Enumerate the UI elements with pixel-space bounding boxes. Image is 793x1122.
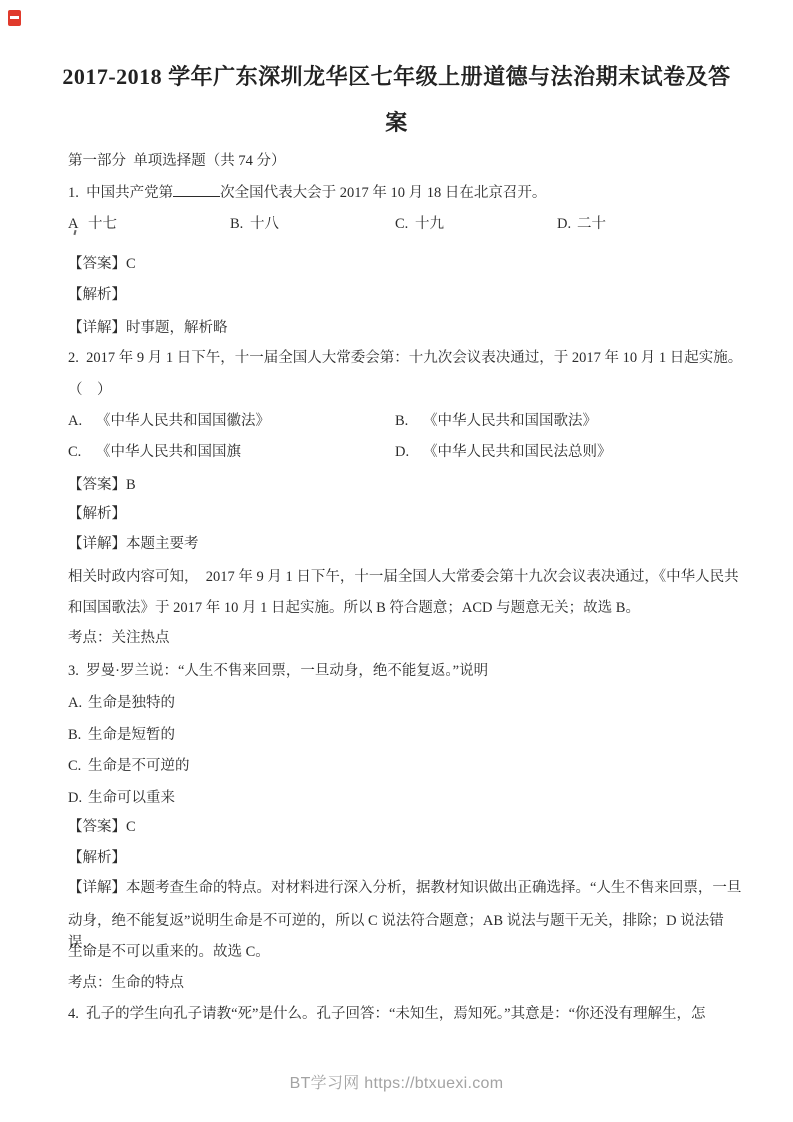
answer-label: 【答案】	[68, 819, 126, 835]
q1-stem-suffix: 次全国代表大会于 2017 年 10 月 18 日在北京召开。	[220, 185, 546, 201]
q3-stem: 3. 罗曼·罗兰说：“人生不售来回票，一旦动身，绝不能复返。”说明	[68, 660, 744, 682]
q1-answer-value: C	[126, 256, 136, 272]
q2-stem: 2. 2017 年 9 月 1 日下午，十一届全国人大常委会第：十九次会议表决通…	[68, 347, 744, 369]
q2-detail-line1: 【详解】本题主要考	[68, 533, 744, 555]
q1-options-row: A十七 B.十八 C.十九 D.二十	[68, 213, 744, 235]
q3-option-b: B.生命是短暂的	[68, 724, 744, 746]
page-title-line2: 案	[0, 108, 793, 138]
q1-stem: 1. 中国共产党第次全国代表大会于 2017 年 10 月 18 日在北京召开。	[68, 182, 744, 204]
q2-option-b: B.《中华人民共和国国歌法》	[395, 410, 597, 432]
q2-answer-paren: （ ）	[68, 379, 744, 401]
answer-label: 【答案】	[68, 477, 126, 493]
q1-stem-prefix: 1. 中国共产党第	[68, 185, 173, 201]
q1-option-c: C.十九	[395, 213, 444, 235]
q2-options-row-cd: C.《中华人民共和国国旗 D.《中华人民共和国民法总则》	[68, 441, 744, 463]
q2-detail-line2: 相关时政内容可知， 2017 年 9 月 1 日下午，十一届全国人大常委会第十九…	[68, 566, 744, 588]
q1-option-b: B.十八	[230, 213, 279, 235]
q4-stem: 4. 孔子的学生向孔子请教“死”是什么。孔子回答：“未知生，焉知死。”其意是：“…	[68, 1003, 744, 1025]
footer-site-link[interactable]: https://btxuexi.com	[364, 1075, 503, 1092]
footer-credit: BT学习网 https://btxuexi.com	[0, 1070, 793, 1093]
q1-blank-underline	[173, 182, 220, 197]
q2-detail-line3: 和国国歌法》于 2017 年 10 月 1 日起实施。所以 B 符合题意；ACD…	[68, 597, 744, 619]
exam-document-page: 2017-2018 学年广东深圳龙华区七年级上册道德与法治期末试卷及答 案 第一…	[0, 0, 793, 1122]
q3-option-a: A.生命是独特的	[68, 692, 744, 714]
page-title-line1: 2017-2018 学年广东深圳龙华区七年级上册道德与法治期末试卷及答	[0, 62, 793, 92]
q2-answer-value: B	[126, 477, 136, 493]
q2-answer-line: 【答案】B	[68, 474, 744, 496]
q2-options-row-ab: A.《中华人民共和国国徽法》 B.《中华人民共和国国歌法》	[68, 410, 744, 432]
q2-option-d: D.《中华人民共和国民法总则》	[395, 441, 612, 463]
q3-answer-value: C	[126, 819, 136, 835]
footer-site-name: BT学习网	[290, 1075, 360, 1092]
site-logo-icon	[8, 10, 21, 26]
q3-option-d: D.生命可以重来	[68, 787, 744, 809]
q1-detail-line: 【详解】时事题，解析略	[68, 317, 744, 339]
q2-analysis-label: 【解析】	[68, 503, 744, 525]
q1-analysis-label: 【解析】	[68, 284, 744, 306]
q3-analysis-label: 【解析】	[68, 847, 744, 869]
q3-detail-line1: 【详解】本题考查生命的特点。对材料进行深入分析，据教材知识做出正确选择。“人生不…	[68, 877, 744, 899]
q3-option-c: C.生命是不可逆的	[68, 755, 744, 777]
q2-option-a: A.《中华人民共和国国徽法》	[68, 410, 270, 432]
q1-answer-line: 【答案】C	[68, 253, 744, 275]
q2-keypoint-line: 考点：关注热点	[68, 627, 744, 649]
section-heading: 第一部分 单项选择题（共 74 分）	[68, 150, 744, 172]
answer-label: 【答案】	[68, 256, 126, 272]
q2-option-c: C.《中华人民共和国国旗	[68, 441, 241, 463]
q1-option-d: D.二十	[557, 213, 606, 235]
q3-answer-line: 【答案】C	[68, 816, 744, 838]
q3-keypoint-line: 考点：生命的特点	[68, 972, 744, 994]
site-logo-detail	[10, 16, 19, 19]
q3-detail-line3: 生命是不可以重来的。故选 C。	[68, 941, 744, 963]
